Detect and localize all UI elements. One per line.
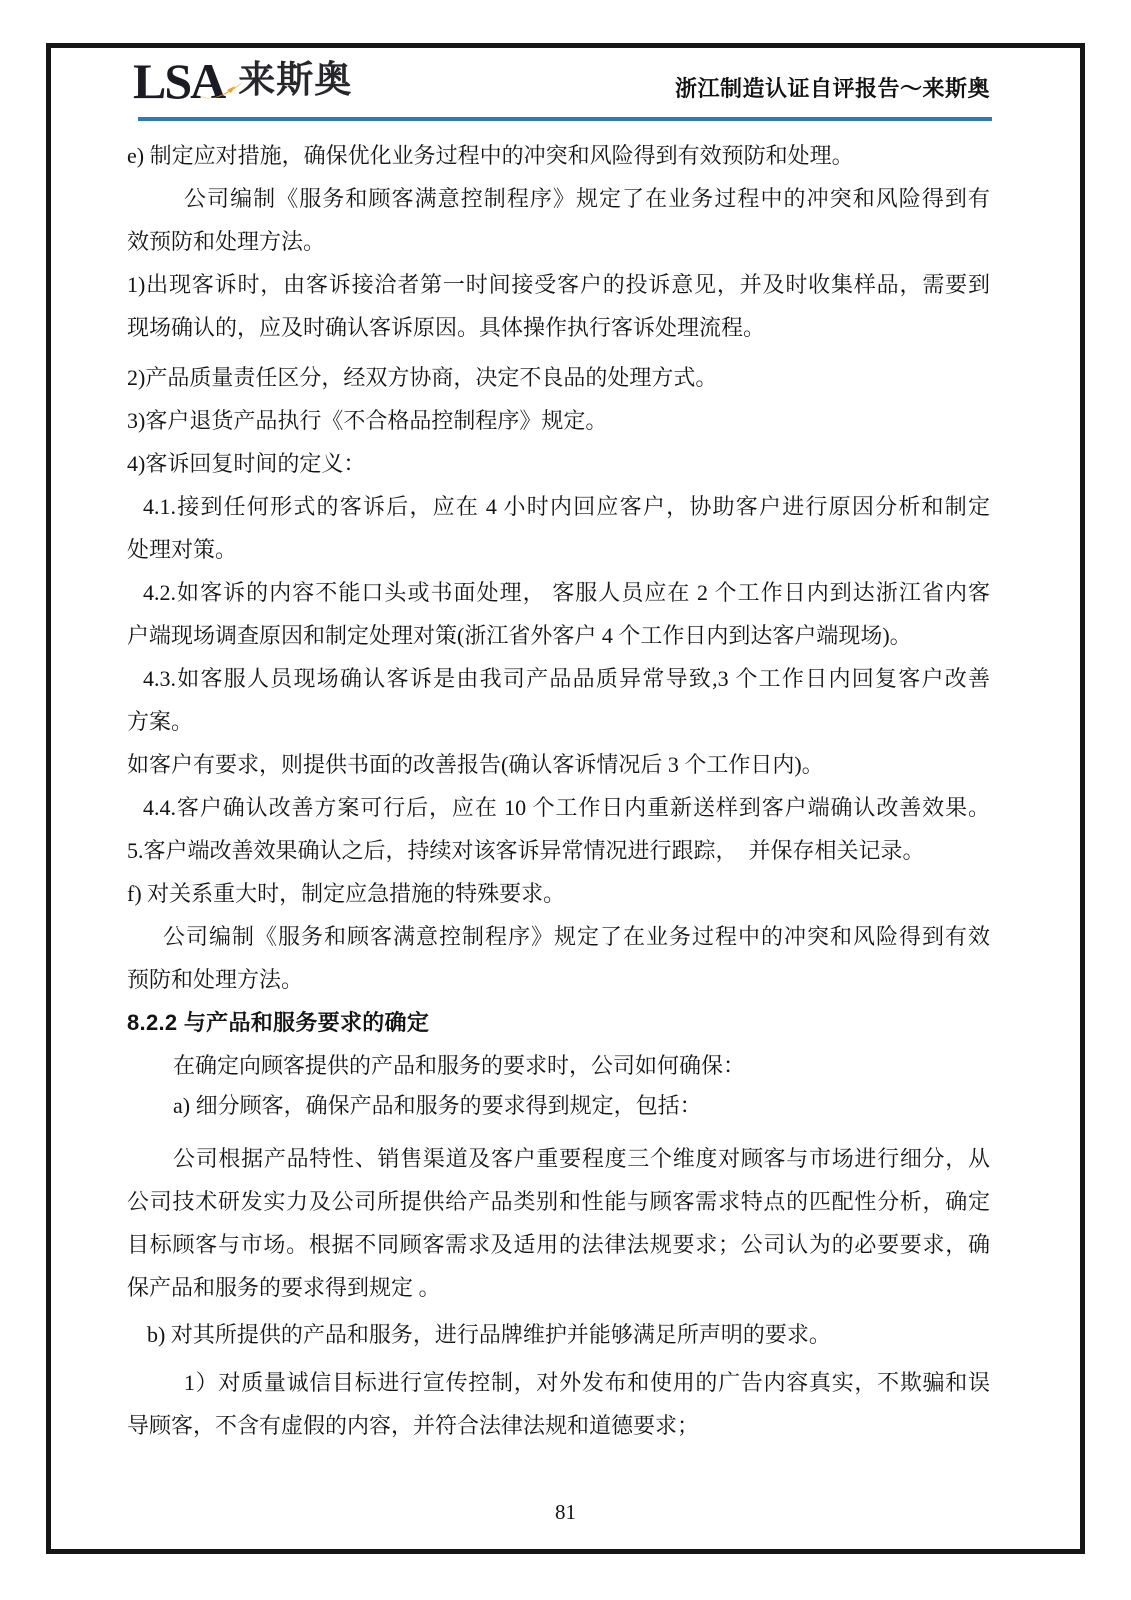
text-line: 5.客户端改善效果确认之后，持续对该客诉异常情况进行跟踪， 并保存相关记录。	[127, 829, 990, 872]
text-line: 1）对质量诚信目标进行宣传控制，对外发布和使用的广告内容真实，不欺骗和误	[127, 1361, 990, 1404]
text-line: e) 制定应对措施，确保优化业务过程中的冲突和风险得到有效预防和处理。	[127, 134, 990, 177]
text-line: 户端现场调查原因和制定处理对策(浙江省外客户 4 个工作日内到达客户端现场)。	[127, 614, 990, 657]
company-logo: LSA 来斯奥	[133, 56, 352, 108]
text-line: 预防和处理方法。	[127, 958, 990, 1001]
text-line: 方案。	[127, 700, 990, 743]
page-number: 81	[46, 1500, 1085, 1525]
text-line: f) 对关系重大时，制定应急措施的特殊要求。	[127, 872, 990, 915]
header-rule	[138, 117, 992, 121]
text-line: 2)产品质量责任区分，经双方协商，决定不良品的处理方式。	[127, 356, 990, 399]
spacer	[127, 1125, 990, 1137]
document-body: e) 制定应对措施，确保优化业务过程中的冲突和风险得到有效预防和处理。 公司编制…	[127, 134, 990, 1447]
text-line: 目标顾客与市场。根据不同顾客需求及适用的法律法规要求；公司认为的必要要求，确	[127, 1223, 990, 1266]
text-line: 4.1.接到任何形式的客诉后，应在 4 小时内回应客户，协助客户进行原因分析和制…	[127, 485, 990, 528]
text-line: 公司编制《服务和顾客满意控制程序》规定了在业务过程中的冲突和风险得到有	[127, 177, 990, 220]
text-line: 在确定向顾客提供的产品和服务的要求时，公司如何确保：	[127, 1044, 990, 1087]
logo-swoosh-icon	[197, 80, 245, 102]
text-line: 导顾客，不含有虚假的内容，并符合法律法规和道德要求；	[127, 1404, 990, 1447]
text-line: a) 细分顾客，确保产品和服务的要求得到规定，包括：	[127, 1087, 990, 1125]
text-line: b) 对其所提供的产品和服务，进行品牌维护并能够满足所声明的要求。	[127, 1313, 990, 1356]
text-line: 4.3.如客服人员现场确认客诉是由我司产品品质异常导致,3 个工作日内回复客户改…	[127, 657, 990, 700]
text-line: 现场确认的，应及时确认客诉原因。具体操作执行客诉处理流程。	[127, 306, 990, 349]
text-line: 4.2.如客诉的内容不能口头或书面处理， 客服人员应在 2 个工作日内到达浙江省…	[127, 571, 990, 614]
text-line: 公司根据产品特性、销售渠道及客户重要程度三个维度对顾客与市场进行细分，从	[127, 1137, 990, 1180]
section-heading: 8.2.2 与产品和服务要求的确定	[127, 1001, 990, 1044]
text-line: 4)客诉回复时间的定义：	[127, 442, 990, 485]
logo-lsa-text: LSA	[133, 57, 224, 105]
text-line: 处理对策。	[127, 528, 990, 571]
text-line: 公司编制《服务和顾客满意控制程序》规定了在业务过程中的冲突和风险得到有效	[127, 915, 990, 958]
text-line: 公司技术研发实力及公司所提供给产品类别和性能与顾客需求特点的匹配性分析，确定	[127, 1180, 990, 1223]
text-line: 4.4.客户确认改善方案可行后，应在 10 个工作日内重新送样到客户端确认改善效…	[127, 786, 990, 829]
text-line: 1)出现客诉时，由客诉接洽者第一时间接受客户的投诉意见，并及时收集样品，需要到	[127, 263, 990, 306]
text-line: 如客户有要求，则提供书面的改善报告(确认客诉情况后 3 个工作日内)。	[127, 743, 990, 786]
text-line: 3)客户退货产品执行《不合格品控制程序》规定。	[127, 399, 990, 442]
logo-cn-text: 来斯奥	[238, 59, 352, 100]
text-line: 效预防和处理方法。	[127, 220, 990, 263]
text-line: 保产品和服务的要求得到规定 。	[127, 1266, 990, 1309]
report-title: 浙江制造认证自评报告～来斯奥	[675, 72, 990, 103]
spacer	[127, 349, 990, 356]
document-page: LSA 来斯奥 浙江制造认证自评报告～来斯奥 e) 制定应对措施，确保优化业务过…	[0, 0, 1131, 1600]
